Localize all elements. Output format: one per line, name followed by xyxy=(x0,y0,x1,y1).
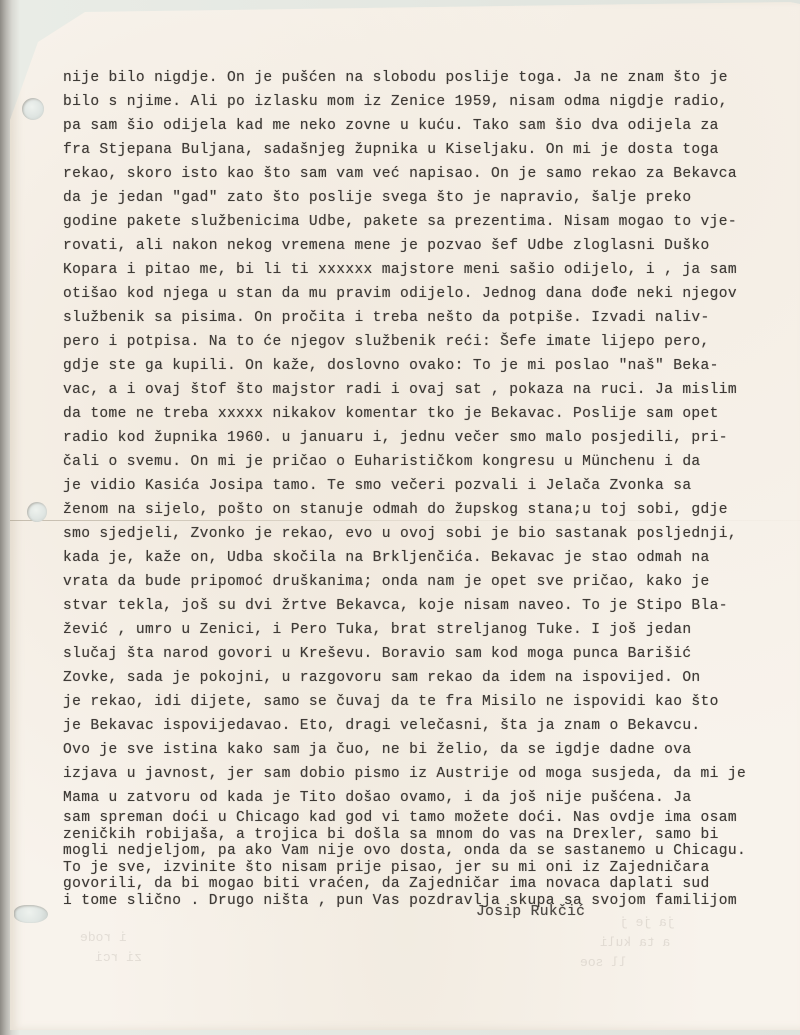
letter-line: zeničkih robijaša, a trojica bi došla sa… xyxy=(63,827,793,844)
letter-line: sam spreman doći u Chicago kad god vi ta… xyxy=(63,810,793,827)
signature: Josip Rukčić xyxy=(476,904,585,920)
bleed-through-text: a ta kuli xyxy=(600,935,670,950)
letter-line: rovati, ali nakon nekog vremena mene je … xyxy=(63,234,793,258)
letter-line: smo sjedjeli, Zvonko je rekao, evo u ovo… xyxy=(63,522,793,546)
letter-line: To je sve, izvinite što nisam prije pisa… xyxy=(63,860,793,877)
letter-body: nije bilo nigdje. On je pušćen na slobod… xyxy=(63,66,793,909)
letter-line: mogli nedjeljom, pa ako Vam nije ovo dos… xyxy=(63,843,793,860)
letter-line: je rekao, idi dijete, samo se čuvaj da t… xyxy=(63,690,793,714)
bleed-through-text: zi rci xyxy=(95,950,142,965)
letter-line: rekao, skoro isto kao što sam vam već na… xyxy=(63,162,793,186)
bleed-through-text: i rode xyxy=(80,930,127,945)
letter-line: ženom na sijelo, pošto on stanuje odmah … xyxy=(63,498,793,522)
letter-line: stvar tekla, još su dvi žrtve Bekavca, k… xyxy=(63,594,793,618)
letter-line: bilo s njime. Ali po izlasku mom iz Zeni… xyxy=(63,90,793,114)
letter-line: službenik sa pisima. On pročita i treba … xyxy=(63,306,793,330)
letter-line: pero i potpisa. Na to će njegov službeni… xyxy=(63,330,793,354)
letter-line: izjava u javnost, jer sam dobio pismo iz… xyxy=(63,762,793,786)
letter-line: vrata da bude pripomoć druškanima; onda … xyxy=(63,570,793,594)
letter-line: slučaj šta narod govori u Kreševu. Borav… xyxy=(63,642,793,666)
letter-line: gdje ste ga kupili. On kaže, doslovno ov… xyxy=(63,354,793,378)
letter-line: Ovo je sve istina kako sam ja čuo, ne bi… xyxy=(63,738,793,762)
letter-line: radio kod župnika 1960. u januaru i, jed… xyxy=(63,426,793,450)
bleed-through-text: ll soe xyxy=(580,955,627,970)
letter-line: žević , umro u Zenici, i Pero Tuka, brat… xyxy=(63,618,793,642)
letter-line: pa sam šio odijela kad me neko zovne u k… xyxy=(63,114,793,138)
punch-hole-middle xyxy=(27,502,47,522)
letter-line: godine pakete službenicima Udbe, pakete … xyxy=(63,210,793,234)
bleed-through-text: ja je j xyxy=(620,915,675,930)
letter-line: je vidio Kasića Josipa tamo. Te smo veče… xyxy=(63,474,793,498)
letter-line: i tome slično . Drugo ništa , pun Vas po… xyxy=(63,893,793,910)
letter-line: Mama u zatvoru od kada je Tito došao ova… xyxy=(63,786,793,810)
punch-hole-bottom-torn xyxy=(14,905,48,923)
letter-line: otišao kod njega u stan da mu pravim odi… xyxy=(63,282,793,306)
letter-line: nije bilo nigdje. On je pušćen na slobod… xyxy=(63,66,793,90)
letter-line: da tome ne treba xxxxx nikakov komentar … xyxy=(63,402,793,426)
punch-hole-top xyxy=(22,98,44,120)
letter-line: čali o svemu. On mi je pričao o Euharist… xyxy=(63,450,793,474)
letter-line: Zovke, sada je pokojni, u razgovoru sam … xyxy=(63,666,793,690)
letter-line: fra Stjepana Buljana, sadašnjeg župnika … xyxy=(63,138,793,162)
letter-line: da je jedan "gad" zato što poslije svega… xyxy=(63,186,793,210)
letter-line: je Bekavac ispovijedavao. Eto, dragi vel… xyxy=(63,714,793,738)
letter-line: vac, a i ovaj štof što majstor radi i ov… xyxy=(63,378,793,402)
letter-line: Kopara i pitao me, bi li ti xxxxxx majst… xyxy=(63,258,793,282)
letter-line: govorili, da bi mogao biti vraćen, da Za… xyxy=(63,876,793,893)
letter-line: kada je, kaže on, Udba skočila na Brklje… xyxy=(63,546,793,570)
